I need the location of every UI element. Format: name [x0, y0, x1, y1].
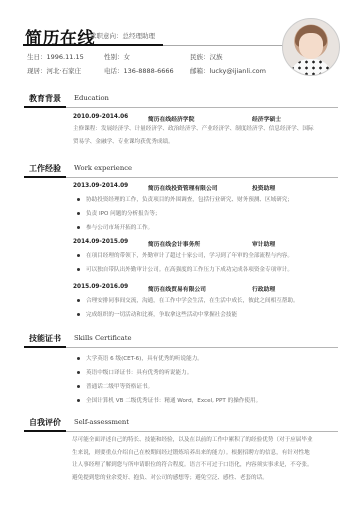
work-role: 行政助理 — [252, 284, 275, 293]
section-divider-thick — [24, 176, 66, 178]
work-bullet: 在项目经理的带领下，外勤审计了超过十家公司，学习到了年审的全部流程与内容。 — [86, 251, 293, 259]
work-bullet: 完成组织的一切活动和比赛，争取拿这些活动中掌握社会技能 — [86, 310, 237, 318]
self-line: 让人事经理了解到您与所申请职位的符合程度。语言不可过于口语化，内容须实事求是，不… — [72, 459, 340, 472]
bullet-icon — [77, 198, 80, 201]
work-period: 2015.09-2016.09 — [73, 284, 128, 290]
work-bullet: 可以独自带队出外勤审计公司。在高强度的工作压力下成功完成各项资金专项审计。 — [86, 265, 293, 273]
bullet-icon — [77, 371, 80, 374]
work-bullet: 协助投资经理的工作，负责项目的外围调查，包括行业研究、财务预测、区域研究； — [86, 195, 293, 203]
info-gender: 性别：女 — [104, 52, 130, 61]
edu-desc-line: 主修课程：发展经济学、计量经济学、政治经济学、产业经济学、制度经济学、信息经济学… — [73, 124, 314, 134]
photo-face — [299, 33, 323, 59]
section-divider-thin — [66, 431, 338, 432]
skill-item: 大学英语 6 级(CET-6)，具有优秀的听说能力。 — [86, 354, 203, 362]
work-company: 简历在线会计事务所 — [148, 239, 200, 248]
section-subtitle-self: Self-assessment — [74, 418, 129, 426]
bullet-icon — [77, 299, 80, 302]
info-email: 邮箱：lucky@ijianli.com — [190, 66, 266, 75]
bullet-icon — [77, 385, 80, 388]
edu-desc-line: 贸易学、金融学、专业课均获优秀成绩。 — [73, 137, 174, 147]
info-ethnicity: 民族：汉族 — [190, 52, 223, 61]
profile-photo — [282, 18, 340, 76]
section-subtitle-work: Work experience — [74, 164, 132, 172]
bullet-icon — [77, 254, 80, 257]
info-birth: 生日：1996.11.15 — [27, 52, 84, 61]
section-divider-thick — [24, 430, 66, 432]
work-period: 2014.09-2015.09 — [73, 239, 128, 245]
work-bullet: 负责 IPO 问题的分析报告等； — [86, 209, 161, 217]
edu-school: 简历在线经济学院 — [148, 114, 194, 123]
section-divider-thick — [24, 106, 66, 108]
section-divider-thin — [66, 347, 338, 348]
bullet-icon — [77, 268, 80, 271]
bullet-icon — [77, 399, 80, 402]
work-role: 审计助理 — [252, 239, 275, 248]
work-bullet: 参与公司市场开拓的工作。 — [86, 223, 153, 231]
skill-item: 全国计算机 VB 二级优秀证书：精通 Word，Excel, PPT 的操作使用… — [86, 396, 261, 404]
header-divider-thick — [23, 44, 163, 46]
self-assessment-text: 尽可能全面评述自己的特长、技能和经验，以及在以前的工作中累积了的经验优势（对于应… — [72, 434, 340, 484]
section-title-work: 工作经验 — [29, 163, 61, 174]
work-company: 简历在线投资管理有限公司 — [148, 183, 218, 192]
edu-degree: 经济学硕士 — [252, 114, 281, 123]
work-company: 简历在线贸易有限公司 — [148, 284, 206, 293]
bullet-icon — [77, 212, 80, 215]
header-divider-thin — [163, 45, 283, 46]
job-objective: 求职意向：总经理助理 — [90, 31, 155, 40]
section-divider-thin — [66, 107, 338, 108]
photo-shirt — [289, 59, 333, 76]
section-subtitle-education: Education — [74, 94, 109, 102]
work-period: 2013.09-2014.09 — [73, 183, 128, 189]
bullet-icon — [77, 313, 80, 316]
bullet-icon — [77, 357, 80, 360]
skill-item: 英语中级口译证书：具有优秀的听说能力。 — [86, 368, 192, 376]
section-subtitle-skills: Skills Certificate — [74, 334, 131, 342]
self-line: 避免提到您的业余爱好、抱负、对公司的感想等；避免空泛、感性、老套的话。 — [72, 472, 340, 485]
section-divider-thick — [24, 346, 66, 348]
section-title-self: 自我评价 — [29, 417, 61, 428]
work-role: 投资助理 — [252, 183, 275, 192]
bullet-icon — [77, 226, 80, 229]
section-divider-thin — [66, 177, 338, 178]
section-title-skills: 技能证书 — [29, 333, 61, 344]
skill-item: 普通话二级甲等资格证书。 — [86, 382, 153, 390]
info-hometown: 现居：河北·石家庄 — [27, 66, 81, 75]
edu-period: 2010.09-2014.06 — [73, 114, 128, 120]
section-title-education: 教育背景 — [29, 93, 61, 104]
self-line: 生来说，则要重点介绍自己在校期间经过锻炼培养出来的能力）。根据招聘方的信息，有针… — [72, 447, 340, 460]
work-bullet: 合理安排同事间交流，沟通，在工作中学会生活，在生活中成长，彼此之间相互帮助。 — [86, 296, 299, 304]
info-phone: 电话：136-8888-6666 — [104, 66, 174, 75]
self-line: 尽可能全面评述自己的特长、技能和经验，以及在以前的工作中累积了的经验优势（对于应… — [72, 434, 340, 447]
